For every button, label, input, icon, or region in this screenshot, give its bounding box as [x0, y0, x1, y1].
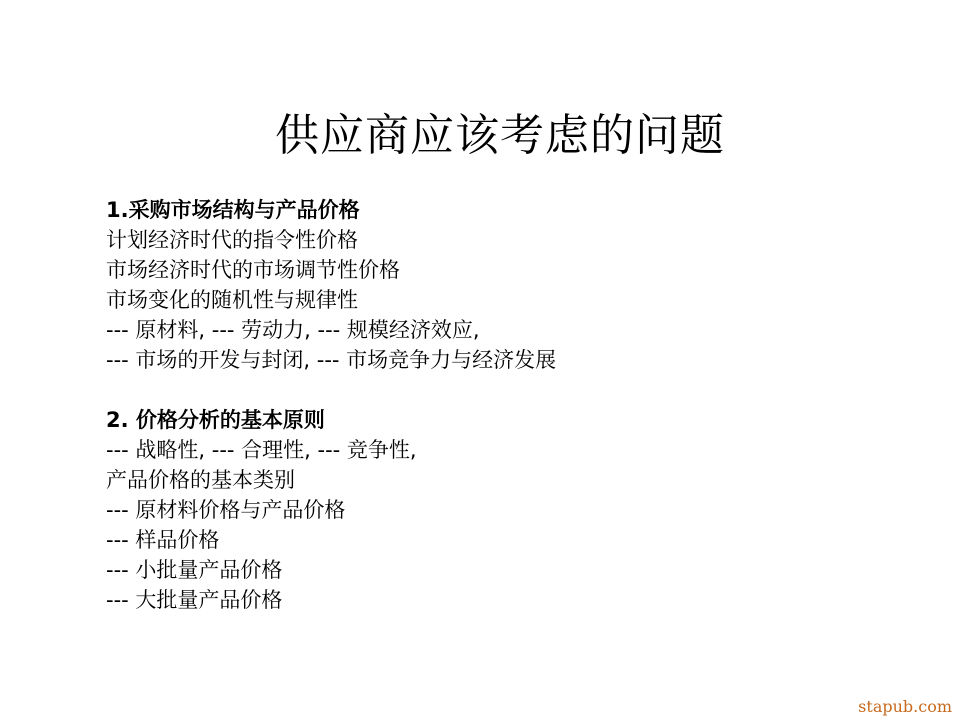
slide-body: 1.采购市场结构与产品价格 计划经济时代的指令性价格 市场经济时代的市场调节性价…	[106, 195, 906, 615]
bullet-line: --- 小批量产品价格	[106, 555, 906, 585]
bullet-line: --- 市场的开发与封闭, --- 市场竞争力与经济发展	[106, 345, 906, 375]
bullet-line: --- 原材料, --- 劳动力, --- 规模经济效应,	[106, 315, 906, 345]
bullet-line: --- 战略性, --- 合理性, --- 竞争性,	[106, 435, 906, 465]
bullet-line: --- 原材料价格与产品价格	[106, 495, 906, 525]
section-spacer	[106, 375, 906, 405]
section-heading: 2. 价格分析的基本原则	[106, 405, 906, 435]
section-2: 2. 价格分析的基本原则 --- 战略性, --- 合理性, --- 竞争性, …	[106, 405, 906, 615]
bullet-line: 产品价格的基本类别	[106, 465, 906, 495]
slide-title: 供应商应该考虑的问题	[0, 108, 960, 164]
bullet-line: 计划经济时代的指令性价格	[106, 225, 906, 255]
bullet-line: 市场经济时代的市场调节性价格	[106, 255, 906, 285]
bullet-line: --- 大批量产品价格	[106, 585, 906, 615]
bullet-line: 市场变化的随机性与规律性	[106, 285, 906, 315]
watermark: stapub.com	[858, 697, 952, 716]
section-heading: 1.采购市场结构与产品价格	[106, 195, 906, 225]
section-1: 1.采购市场结构与产品价格 计划经济时代的指令性价格 市场经济时代的市场调节性价…	[106, 195, 906, 375]
bullet-line: --- 样品价格	[106, 525, 906, 555]
